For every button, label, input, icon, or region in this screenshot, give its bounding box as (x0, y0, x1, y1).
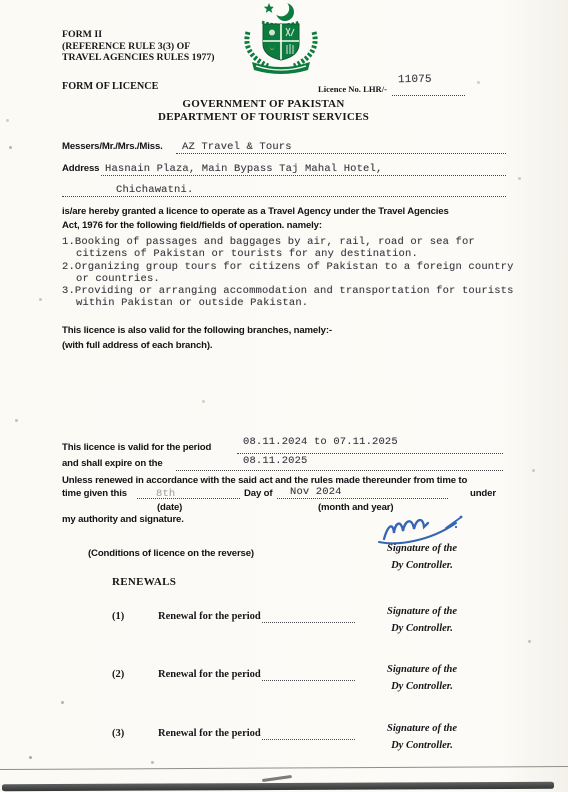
scan-edge-line (0, 766, 568, 770)
licence-no-value: 11075 (398, 74, 432, 87)
dotted-line (262, 739, 355, 740)
licence-no-label: Licence No. LHR/- (318, 84, 387, 94)
grant-clause-line1: is/are hereby granted a licence to opera… (62, 206, 449, 217)
branches-clause: This licence is also valid for the follo… (62, 325, 332, 336)
dotted-line (176, 153, 506, 154)
emblem-star (264, 3, 274, 13)
renewals-title: RENEWALS (112, 576, 176, 588)
dotted-line (176, 470, 503, 471)
under-label: under (470, 488, 496, 499)
form-of-licence-title: FORM OF LICENCE (62, 81, 158, 92)
signature-of-the: Signature of the (374, 662, 470, 679)
operation-line: 1.Booking of passages and baggages by ai… (62, 236, 475, 248)
government-title: GOVERNMENT OF PAKISTAN (0, 98, 527, 110)
operation-line: 3.Providing or arranging accommodation a… (62, 285, 514, 297)
address-value-line2: Chichawatni. (116, 184, 193, 196)
dy-controller: Dy Controller. (374, 558, 470, 575)
renew-clause: Unless renewed in accordance with the sa… (62, 475, 467, 486)
operation-line: 2.Organizing group tours for citizens of… (62, 261, 514, 273)
renewal-row-label: Renewal for the period (158, 669, 261, 680)
day-of-label: Day of (244, 488, 272, 499)
dotted-line (137, 498, 240, 499)
dy-controller: Dy Controller. (374, 738, 470, 755)
valid-period-value: 08.11.2024 to 07.11.2025 (243, 436, 398, 448)
given-prefix: time given this (62, 488, 127, 499)
given-month-value: Nov 2024 (290, 486, 342, 498)
emblem-banner (252, 62, 310, 74)
address-value-line1: Hasnain Plaza, Main Bypass Taj Mahal Hot… (105, 163, 382, 175)
dotted-line (62, 196, 506, 197)
renewal-row-number: (3) (112, 728, 124, 739)
signature-of-the: Signature of the (374, 721, 470, 738)
form-reference-line2: TRAVEL AGENCIES RULES 1977) (62, 52, 215, 64)
renewal-row-number: (1) (112, 611, 124, 622)
operation-line: within Pakistan or outside Pakistan. (76, 297, 308, 309)
renewal-row-label: Renewal for the period (158, 611, 261, 622)
signature-of-the: Signature of the (374, 604, 470, 621)
expire-label: and shall expire on the (62, 458, 163, 469)
conditions-note: (Conditions of licence on the reverse) (88, 548, 254, 559)
form-number: FORM II (62, 29, 215, 41)
signature-of-the: Signature of the (374, 541, 470, 558)
dotted-line (101, 175, 506, 176)
renewal-row-label: Renewal for the period (158, 728, 261, 739)
renewal-row-number: (2) (112, 669, 124, 680)
dy-controller: Dy Controller. (374, 679, 470, 696)
messers-label: Messers/Mr./Mrs./Miss. (62, 141, 163, 152)
branches-note: (with full address of each branch). (62, 340, 212, 351)
dotted-line (237, 453, 503, 454)
authority-line: my authority and signature. (62, 514, 184, 525)
dotted-line (262, 622, 355, 623)
pakistan-emblem-icon (232, 0, 330, 78)
address-label: Address (62, 163, 99, 174)
renewal-signature-block: Signature of the Dy Controller. (374, 662, 470, 695)
controller-signature-block: Signature of the Dy Controller. (374, 541, 470, 574)
operation-line: or countries. (76, 273, 160, 285)
agency-name-value: AZ Travel & Tours (182, 141, 292, 153)
dotted-line (392, 95, 465, 96)
dotted-line (277, 498, 448, 499)
dy-controller: Dy Controller. (374, 621, 470, 638)
operation-line: citizens of Pakistan or tourists for any… (76, 248, 418, 260)
form-reference-line1: (REFERENCE RULE 3(3) OF (62, 41, 215, 53)
scan-edge-smudge (262, 775, 292, 782)
date-caption: (date) (157, 502, 182, 513)
renewal-signature-block: Signature of the Dy Controller. (374, 604, 470, 637)
scan-edge-band (2, 782, 554, 791)
scanned-licence-page: FORM II (REFERENCE RULE 3(3) OF TRAVEL A… (0, 0, 568, 792)
given-day-value: 8th (156, 488, 175, 500)
grant-clause-line2: Act, 1976 for the following field/fields… (62, 220, 322, 231)
scan-specks (0, 0, 1, 1)
renewal-signature-block: Signature of the Dy Controller. (374, 721, 470, 754)
dotted-line (262, 680, 355, 681)
expire-value: 08.11.2025 (243, 455, 308, 467)
valid-period-label: This licence is valid for the period (62, 442, 211, 453)
department-title: DEPARTMENT OF TOURIST SERVICES (0, 111, 527, 123)
